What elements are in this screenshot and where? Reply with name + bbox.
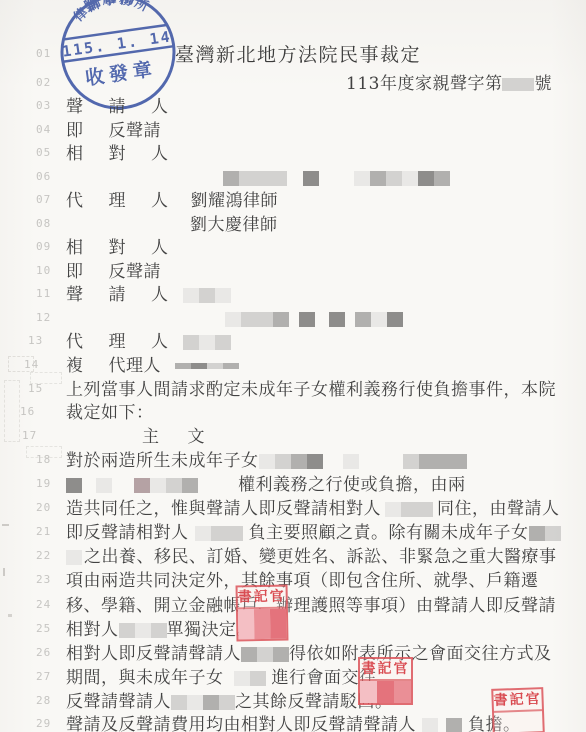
line-number: 21: [36, 525, 51, 538]
redaction-tile: [257, 312, 273, 327]
line-content: [66, 166, 450, 190]
redaction-mosaic: [183, 335, 231, 350]
line-number: 09: [36, 240, 51, 253]
redaction-tile: [250, 671, 266, 686]
line-text: 人: [151, 95, 169, 119]
spacing: [126, 295, 151, 296]
document-line: 06: [0, 166, 586, 190]
redaction-mosaic: [446, 718, 462, 732]
redaction-tile: [434, 171, 450, 186]
document-line: 20造共同任之，惟與聲請人即反聲請相對人同住，由聲請人: [0, 497, 586, 521]
redaction-tile: [360, 681, 377, 703]
spacing: [66, 319, 225, 320]
line-text: 即: [66, 119, 84, 143]
redaction-mosaic: [403, 454, 467, 469]
spacing: [323, 461, 343, 462]
line-number: 13: [28, 334, 43, 347]
spacing: [126, 201, 151, 202]
line-text: 移、學籍、開立金融帳戶、辦理護照等事項）由聲請人即反聲請: [66, 594, 556, 618]
redaction-tile: [451, 454, 467, 469]
line-text: 對於兩造所生未成年子女: [66, 449, 259, 473]
line-text: 請: [109, 95, 127, 119]
spacing: [315, 319, 329, 320]
line-text: 相對人即反聲請聲請人: [66, 642, 241, 666]
redaction-tile: [419, 454, 435, 469]
line-content: 代理人: [66, 330, 231, 354]
line-number: 15: [28, 382, 43, 395]
line-text: 劉大慶律師: [190, 213, 278, 237]
redaction-tile: [96, 478, 112, 493]
line-content: 裁定如下：: [66, 401, 154, 425]
redaction-mosaic: [171, 695, 235, 710]
redaction-mosaic: [329, 312, 345, 327]
redaction-mosaic: [223, 171, 287, 186]
redaction-tile: [239, 171, 255, 186]
redaction-tile: [225, 312, 241, 327]
document-line: 26相對人即反聲請聲請人得依如附表所示之會面交往方式及: [0, 642, 586, 666]
redaction-tile: [134, 478, 150, 493]
redaction-mosaic: [175, 363, 239, 369]
spacing: [126, 154, 151, 155]
redaction-tile: [171, 695, 187, 710]
redaction-tile: [135, 623, 151, 638]
line-number: 08: [36, 217, 51, 230]
document-line: 05相對人: [0, 142, 586, 166]
line-content: 即反聲請: [66, 119, 161, 143]
document-line: 10即反聲請: [0, 260, 586, 284]
line-number: 03: [36, 99, 51, 112]
spacing: [289, 319, 299, 320]
document-line: 12: [0, 307, 586, 331]
line-content: 對於兩造所生未成年子女: [66, 449, 467, 473]
spacing: [169, 295, 183, 296]
line-content: 聲請人: [66, 283, 231, 307]
spacing: [84, 295, 109, 296]
line-content: 主文: [66, 425, 205, 449]
spacing: [84, 201, 109, 202]
line-number: 25: [36, 622, 51, 635]
line-text: 請: [109, 283, 127, 307]
document-line: 24移、學籍、開立金融帳戶、辦理護照等事項）由聲請人即反聲請: [0, 594, 586, 618]
redaction-tile: [254, 609, 271, 639]
line-number: 16: [20, 405, 35, 418]
line-text: 反聲請: [109, 260, 162, 284]
redaction-tile: [529, 526, 545, 541]
redaction-tile: [255, 171, 271, 186]
spacing: [126, 248, 151, 249]
line-content: 移、學籍、開立金融帳戶、辦理護照等事項）由聲請人即反聲請: [66, 594, 556, 618]
line-text: 人: [151, 330, 169, 354]
line-text: 同住，由聲請人: [437, 497, 560, 521]
document-line: 22之出養、移民、訂婚、變更姓名、訴訟、非緊急之重大醫療事: [0, 545, 586, 569]
line-number: 10: [36, 264, 51, 277]
line-text: 理: [109, 330, 127, 354]
line-text: 人: [151, 189, 169, 213]
line-content: 期間，與未成年子女進行會面交往: [66, 666, 377, 690]
redaction-tile: [191, 363, 207, 369]
redaction-mosaic: [66, 550, 82, 565]
clerk-stamp-redaction: [360, 681, 411, 703]
document-line: 17主文: [0, 425, 586, 449]
spacing: [169, 342, 183, 343]
redaction-tile: [518, 78, 534, 91]
redaction-tile: [271, 171, 287, 186]
spacing: [287, 178, 303, 179]
redaction-tile: [303, 171, 319, 186]
spacing: [66, 437, 142, 438]
line-text: 代: [66, 330, 84, 354]
spacing: [126, 107, 151, 108]
redaction-mosaic: [529, 526, 561, 541]
spacing: [84, 248, 109, 249]
line-text: 號: [534, 72, 552, 96]
line-number: 19: [36, 477, 51, 490]
line-text: 對: [109, 142, 127, 166]
line-text: 即: [66, 260, 84, 284]
document-line: 04即反聲請: [0, 119, 586, 143]
line-content: 相對人: [66, 142, 169, 166]
svg-text:劉耀鴻: 劉耀鴻: [81, 0, 141, 16]
line-text: 相: [66, 142, 84, 166]
spacing: [84, 366, 109, 367]
redaction-tile: [446, 718, 462, 732]
line-text: 主: [142, 425, 160, 449]
line-number: 18: [36, 453, 51, 466]
redaction-tile: [370, 171, 386, 186]
document-line: 02113年度家親聲字第號: [0, 72, 586, 96]
document-line: 21即反聲請相對人負主要照顧之責。除有關未成年子女: [0, 521, 586, 545]
redaction-tile: [401, 502, 417, 517]
line-text: 相: [66, 236, 84, 260]
redaction-tile: [183, 288, 199, 303]
line-number: 22: [36, 549, 51, 562]
clerk-stamp-label: 書記官: [493, 689, 542, 713]
line-number: 28: [36, 694, 51, 707]
document-line: 19權利義務之行使或負擔，由兩: [0, 473, 586, 497]
line-number: 01: [36, 47, 51, 60]
document-line: 13代理人: [0, 330, 586, 354]
redaction-tile: [385, 502, 401, 517]
line-text: 期間，與未成年子女: [66, 666, 224, 690]
spacing: [438, 725, 446, 726]
redaction-tile: [435, 454, 451, 469]
redaction-tile: [215, 335, 231, 350]
clerk-stamp-redaction: [494, 711, 543, 732]
spacing: [169, 201, 191, 202]
document-line: 23項由兩造共同決定外，其餘事項（即包含住所、就學、戶籍遷: [0, 569, 586, 593]
line-number: 04: [36, 123, 51, 136]
line-content: 劉大慶律師: [66, 213, 278, 237]
line-number: 02: [36, 76, 51, 89]
line-content: 相對人即反聲請聲請人得依如附表所示之會面交往方式及: [66, 642, 552, 666]
redaction-tile: [223, 171, 239, 186]
redaction-tile: [199, 288, 215, 303]
redaction-tile: [223, 363, 239, 369]
redaction-tile: [257, 647, 273, 662]
line-content: 上列當事人間請求酌定未成年子女權利義務行使負擔事件，本院: [66, 378, 556, 402]
line-text: 臺灣新北地方法院民事裁定: [175, 43, 421, 67]
redaction-tile: [371, 312, 387, 327]
redaction-tile: [417, 502, 433, 517]
clerk-stamp: 書記官: [491, 687, 545, 732]
redaction-tile: [166, 478, 182, 493]
spacing: [160, 437, 188, 438]
spacing: [66, 178, 223, 179]
redaction-tile: [150, 478, 166, 493]
redaction-tile: [215, 288, 231, 303]
redaction-mosaic: [241, 647, 289, 662]
line-number: 27: [36, 670, 51, 683]
spacing: [112, 485, 134, 486]
redaction-mosaic: [422, 718, 438, 732]
line-number: 24: [36, 598, 51, 611]
line-content: 複代理人: [66, 354, 239, 378]
spacing: [198, 485, 238, 486]
redaction-tile: [273, 312, 289, 327]
line-text: 人: [151, 236, 169, 260]
redaction-mosaic: [354, 171, 450, 186]
line-content: 聲請人: [66, 95, 169, 119]
document-line: 09相對人: [0, 236, 586, 260]
redaction-mosaic: [343, 454, 359, 469]
redaction-tile: [183, 335, 199, 350]
redaction-mosaic: [66, 478, 82, 493]
line-text: 負主要照顧之責。除有關未成年子女: [249, 521, 529, 545]
clerk-stamp: 書記官: [236, 585, 289, 642]
redaction-mosaic: [299, 312, 315, 327]
redaction-tile: [203, 695, 219, 710]
line-text: 造共同任之，惟與聲請人即反聲請相對人: [66, 497, 381, 521]
redaction-tile: [199, 335, 215, 350]
redaction-tile: [66, 478, 82, 493]
line-text: 113年度家親聲字第: [346, 72, 502, 96]
clerk-stamp-label: 書記官: [238, 587, 286, 610]
document-line: 25相對人單獨決定。: [0, 618, 586, 642]
spacing: [359, 461, 403, 462]
redaction-tile: [227, 526, 243, 541]
redaction-tile: [386, 171, 402, 186]
redaction-tile: [402, 171, 418, 186]
redaction-tile: [219, 695, 235, 710]
line-number: 14: [24, 358, 39, 371]
redaction-tile: [403, 454, 419, 469]
redaction-mosaic: [259, 454, 323, 469]
line-text: 聲: [66, 95, 84, 119]
line-text: 反聲請聲請人: [66, 690, 171, 714]
spacing: [126, 342, 151, 343]
redaction-tile: [273, 647, 289, 662]
line-content: 聲請及反聲請費用均由相對人即反聲請聲請人負擔。: [66, 713, 521, 732]
document-line: 16裁定如下：: [0, 401, 586, 425]
line-text: 相對人: [66, 618, 119, 642]
svg-text:律師事務所: 律師事務所: [69, 0, 155, 26]
document-line: 08劉大慶律師: [0, 213, 586, 237]
redaction-mosaic: [96, 478, 112, 493]
redaction-tile: [377, 681, 394, 703]
line-text: 人: [151, 283, 169, 307]
line-number: 05: [36, 146, 51, 159]
line-text: 即反聲請相對人: [66, 521, 189, 545]
line-content: 臺灣新北地方法院民事裁定: [175, 43, 421, 67]
line-number: 20: [36, 501, 51, 514]
spacing: [66, 225, 190, 226]
redaction-tile: [502, 78, 518, 91]
line-text: 理: [109, 189, 127, 213]
line-number: 26: [36, 646, 51, 659]
redaction-mosaic: [119, 623, 167, 638]
line-content: 即反聲請: [66, 260, 161, 284]
line-number: 17: [22, 429, 37, 442]
line-number: 23: [36, 573, 51, 586]
line-number: 06: [36, 170, 51, 183]
line-number: 11: [36, 287, 51, 300]
redaction-tile: [211, 526, 227, 541]
redaction-tile: [387, 312, 403, 327]
clerk-stamp-label: 書記官: [360, 659, 411, 681]
redaction-tile: [394, 681, 411, 703]
document-line: 18對於兩造所生未成年子女: [0, 449, 586, 473]
redaction-tile: [275, 454, 291, 469]
line-number: 07: [36, 193, 51, 206]
redaction-tile: [234, 671, 250, 686]
line-text: 人: [151, 142, 169, 166]
document-line: 03聲請人: [0, 95, 586, 119]
document-line: 15上列當事人間請求酌定未成年子女權利義務行使負擔事件，本院: [0, 378, 586, 402]
spacing: [84, 131, 109, 132]
redaction-tile: [291, 454, 307, 469]
line-text: 文: [188, 425, 206, 449]
line-content: 反聲請聲請人之其餘反聲請駁回。: [66, 690, 393, 714]
line-content: 相對人單獨決定。: [66, 618, 254, 642]
redaction-tile: [299, 312, 315, 327]
redaction-mosaic: [225, 312, 289, 327]
line-text: 之出養、移民、訂婚、變更姓名、訴訟、非緊急之重大醫療事: [84, 545, 557, 569]
redaction-tile: [354, 171, 370, 186]
line-text: 上列當事人間請求酌定未成年子女權利義務行使負擔事件，本院: [66, 378, 556, 402]
line-text: 裁定如下：: [66, 401, 154, 425]
redaction-tile: [329, 312, 345, 327]
redaction-tile: [187, 695, 203, 710]
redaction-mosaic: [502, 78, 534, 91]
line-text: 對: [109, 236, 127, 260]
line-content: 造共同任之，惟與聲請人即反聲請相對人同住，由聲請人: [66, 497, 560, 521]
redaction-tile: [238, 609, 255, 639]
document-line: 01臺灣新北地方法院民事裁定: [0, 43, 586, 67]
redaction-tile: [259, 454, 275, 469]
line-text: 代理人: [109, 354, 162, 378]
spacing: [84, 154, 109, 155]
line-text: 複: [66, 354, 84, 378]
redaction-mosaic: [355, 312, 403, 327]
redaction-tile: [66, 550, 82, 565]
line-content: [66, 307, 403, 331]
redaction-tile: [307, 454, 323, 469]
redaction-tile: [241, 647, 257, 662]
scanned-court-document: 劉耀鴻 律師事務所 115. 1. 14 收發章 01臺灣新北地方法院民事裁定0…: [0, 0, 586, 732]
redaction-tile: [418, 171, 434, 186]
redaction-tile: [422, 718, 438, 732]
document-line: 07代理人劉耀鴻律師: [0, 189, 586, 213]
spacing: [82, 485, 96, 486]
line-number: 12: [36, 311, 51, 324]
line-text: 項由兩造共同決定外，其餘事項（即包含住所、就學、戶籍遷: [66, 569, 539, 593]
line-content: 113年度家親聲字第號: [346, 72, 552, 96]
line-text: 得依如附表所示之會面交往方式及: [289, 642, 552, 666]
line-content: 相對人: [66, 236, 169, 260]
redaction-tile: [151, 623, 167, 638]
redaction-tile: [175, 363, 191, 369]
redaction-tile: [119, 623, 135, 638]
spacing: [84, 342, 109, 343]
receipt-stamp-firm-suffix: 律師事務所: [69, 0, 155, 26]
line-content: 項由兩造共同決定外，其餘事項（即包含住所、就學、戶籍遷: [66, 569, 539, 593]
redaction-tile: [241, 312, 257, 327]
line-content: 權利義務之行使或負擔，由兩: [66, 473, 466, 497]
redaction-tile: [195, 526, 211, 541]
spacing: [84, 272, 109, 273]
line-text: 劉耀鴻律師: [191, 189, 279, 213]
line-text: 權利義務之行使或負擔，由兩: [238, 473, 466, 497]
receipt-stamp-firm-name: 劉耀鴻: [81, 0, 141, 16]
line-content: 之出養、移民、訂婚、變更姓名、訴訟、非緊急之重大醫療事: [66, 545, 557, 569]
line-text: 聲請及反聲請費用均由相對人即反聲請聲請人: [66, 713, 416, 732]
line-content: 即反聲請相對人負主要照顧之責。除有關未成年子女: [66, 521, 561, 545]
spacing: [224, 678, 234, 679]
redaction-mosaic: [183, 288, 231, 303]
document-line: 11聲請人: [0, 283, 586, 307]
redaction-tile: [207, 363, 223, 369]
spacing: [319, 178, 354, 179]
redaction-tile: [355, 312, 371, 327]
line-text: 代: [66, 189, 84, 213]
redaction-mosaic: [385, 502, 433, 517]
clerk-stamp-redaction: [238, 609, 287, 640]
redaction-tile: [182, 478, 198, 493]
line-text: 聲: [66, 283, 84, 307]
redaction-tile: [545, 526, 561, 541]
redaction-tile: [343, 454, 359, 469]
redaction-tile: [270, 609, 287, 639]
redaction-mosaic: [303, 171, 319, 186]
line-number: 29: [36, 717, 51, 730]
spacing: [161, 366, 175, 367]
redaction-mosaic: [134, 478, 198, 493]
document-line: 14複代理人: [0, 354, 586, 378]
line-text: 反聲請: [109, 119, 162, 143]
document-line: 27期間，與未成年子女進行會面交往: [0, 666, 586, 690]
clerk-stamp: 書記官: [358, 657, 413, 705]
redaction-mosaic: [195, 526, 243, 541]
line-content: 代理人劉耀鴻律師: [66, 189, 278, 213]
spacing: [345, 319, 355, 320]
redaction-mosaic: [234, 671, 266, 686]
spacing: [84, 107, 109, 108]
